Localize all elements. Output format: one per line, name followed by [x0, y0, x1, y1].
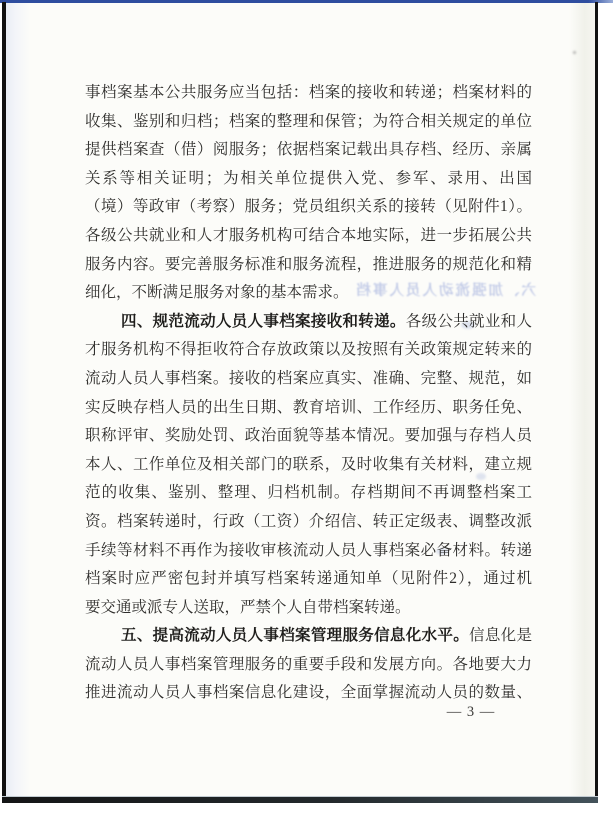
line-text-segment: 事档案基本公共服务应当包括：档案的接收和转递；档案材料的: [85, 84, 532, 101]
scan-dust-speck: [573, 51, 576, 54]
document-page: 六、加强流动人员人事档 事档案基本公共服务应当包括：档案的接收和转递；档案材料的…: [6, 3, 595, 796]
line-text-segment: 收集、鉴别和归档；档案的整理和保管；为符合相关规定的单位: [85, 113, 532, 130]
line-text-segment: 档案时应严密包封并填写档案转递通知单（见附件2），通过机: [85, 570, 532, 587]
text-line: 流动人员人事档案管理服务的重要手段和发展方向。各地要大力: [85, 651, 532, 680]
section-heading: 五、提高流动人员人事档案管理服务信息化水平。: [121, 627, 469, 644]
section-heading: 四、规范流动人员人事档案接收和转递。: [121, 313, 406, 330]
line-text-segment: 提供档案查（借）阅服务；依据档案记载出具存档、经历、亲属: [85, 141, 532, 158]
text-line: 收集、鉴别和归档；档案的整理和保管；为符合相关规定的单位: [85, 108, 532, 137]
line-text-segment: 手续等材料不再作为接收审核流动人员人事档案必备材料。转递: [85, 542, 532, 559]
line-text-segment: 关系等相关证明；为相关单位提供入党、参军、录用、出国: [85, 170, 532, 187]
text-line: 职称评审、奖励处罚、政治面貌等基本情况。要加强与存档人员: [85, 422, 532, 451]
line-text-segment: 本人、工作单位及相关部门的联系，及时收集有关材料，建立规: [85, 456, 532, 473]
text-line: 才服务机构不得拒收符合存放政策以及按照有关政策规定转来的: [85, 336, 532, 365]
line-text-segment: 资。档案转递时，行政（工资）介绍信、转正定级表、调整改派: [85, 513, 532, 530]
text-line: 档案时应严密包封并填写档案转递通知单（见附件2），通过机: [85, 565, 532, 594]
text-line: 实反映存档人员的出生日期、教育培训、工作经历、职务任免、: [85, 394, 532, 423]
line-text-segment: 才服务机构不得拒收符合存放政策以及按照有关政策规定转来的: [85, 341, 532, 358]
line-text-segment: 流动人员人事档案管理服务的重要手段和发展方向。各地要大力: [85, 656, 532, 673]
section-heading-line: 四、规范流动人员人事档案接收和转递。各级公共就业和人: [85, 308, 532, 337]
line-text-segment: 实反映存档人员的出生日期、教育培训、工作经历、职务任免、: [85, 399, 532, 416]
line-text-segment: 职称评审、奖励处罚、政治面貌等基本情况。要加强与存档人员: [85, 427, 532, 444]
line-text-segment: （境）等政审（考察）服务；党员组织关系的接转（见附件1）。: [85, 198, 532, 215]
text-line: 本人、工作单位及相关部门的联系，及时收集有关材料，建立规: [85, 451, 532, 480]
line-text-segment: 服务内容。要完善服务标准和服务流程，推进服务的规范化和精: [85, 256, 532, 273]
document-body: 事档案基本公共服务应当包括：档案的接收和转递；档案材料的 收集、鉴别和归档；档案…: [85, 79, 532, 708]
line-text-segment: 各级公共就业和人: [406, 313, 532, 330]
line-text-segment: 范的收集、鉴别、整理、归档机制。存档期间不再调整档案工: [85, 484, 532, 501]
text-line: （境）等政审（考察）服务；党员组织关系的接转（见附件1）。: [85, 193, 532, 222]
text-line: 各级公共就业和人才服务机构可结合本地实际，进一步拓展公共: [85, 222, 532, 251]
text-line: 要交通或派专人送取，严禁个人自带档案转递。: [85, 594, 532, 623]
line-text-segment: 流动人员人事档案。接收的档案应真实、准确、完整、规范，如: [85, 370, 532, 387]
text-line: 范的收集、鉴别、整理、归档机制。存档期间不再调整档案工: [85, 479, 532, 508]
page-gutter-shadow: [6, 3, 30, 796]
text-line: 资。档案转递时，行政（工资）介绍信、转正定级表、调整改派: [85, 508, 532, 537]
text-line: 关系等相关证明；为相关单位提供入党、参军、录用、出国: [85, 165, 532, 194]
scanned-document-screenshot: 六、加强流动人员人事档 事档案基本公共服务应当包括：档案的接收和转递；档案材料的…: [0, 0, 613, 819]
page-number: — 3 —: [439, 704, 503, 728]
scan-bottom-border: [2, 796, 598, 803]
line-text-segment: 要交通或派专人送取，严禁个人自带档案转递。: [85, 599, 411, 616]
text-line: 服务内容。要完善服务标准和服务流程，推进服务的规范化和精: [85, 251, 532, 280]
section-heading-line: 五、提高流动人员人事档案管理服务信息化水平。信息化是: [85, 622, 532, 651]
page-edge-shading: [569, 3, 595, 796]
line-text-segment: 细化，不断满足服务对象的基本需求。: [85, 284, 349, 301]
text-line: 细化，不断满足服务对象的基本需求。: [85, 279, 532, 308]
text-line: 事档案基本公共服务应当包括：档案的接收和转递；档案材料的: [85, 79, 532, 108]
text-line: 流动人员人事档案。接收的档案应真实、准确、完整、规范，如: [85, 365, 532, 394]
text-line: 手续等材料不再作为接收审核流动人员人事档案必备材料。转递: [85, 537, 532, 566]
line-text-segment: 各级公共就业和人才服务机构可结合本地实际，进一步拓展公共: [85, 227, 532, 244]
text-line: 提供档案查（借）阅服务；依据档案记载出具存档、经历、亲属: [85, 136, 532, 165]
line-text-segment: 信息化是: [469, 627, 532, 644]
line-text-segment: 推进流动人员人事档案信息化建设，全面掌握流动人员的数量、: [85, 684, 532, 701]
scan-right-border: [595, 2, 598, 801]
